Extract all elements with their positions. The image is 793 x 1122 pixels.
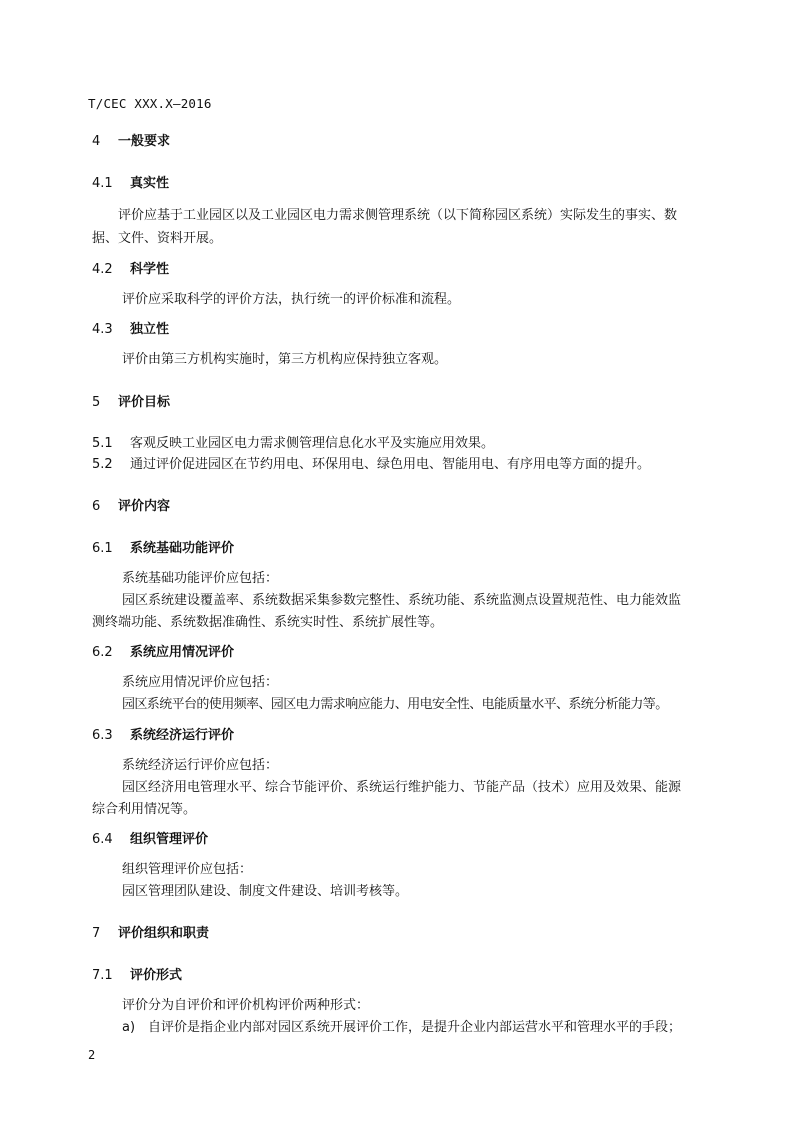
paragraph: 园区系统平台的使用频率、园区电力需求响应能力、用电安全性、电能质量水平、系统分析… <box>122 693 668 712</box>
section-6-3-heading: 6.3系统经济运行评价 <box>92 724 234 743</box>
page-number: 2 <box>88 1048 95 1062</box>
section-number: 6.4 <box>92 832 130 847</box>
paragraph-intro: 系统经济运行评价应包括： <box>122 754 278 773</box>
item-number: 5.2 <box>92 457 130 472</box>
section-6-4-heading: 6.4组织管理评价 <box>92 828 208 847</box>
section-7-heading: 7评价组织和职责 <box>92 922 209 941</box>
paragraph: 园区系统建设覆盖率、系统数据采集参数完整性、系统功能、系统监测点设置规范性、电力… <box>122 589 681 608</box>
section-title: 系统经济运行评价 <box>130 728 234 743</box>
section-5-heading: 5评价目标 <box>92 391 170 410</box>
section-number: 4.3 <box>92 322 130 337</box>
section-4-2-heading: 4.2科学性 <box>92 258 169 277</box>
paragraph-continuation: 综合利用情况等。 <box>92 798 196 817</box>
paragraph: 园区经济用电管理水平、综合节能评价、系统运行维护能力、节能产品（技术）应用及效果… <box>122 776 681 795</box>
paragraph-intro: 系统应用情况评价应包括： <box>122 671 278 690</box>
paragraph-intro: 系统基础功能评价应包括： <box>122 567 278 586</box>
section-number: 4 <box>92 134 118 149</box>
paragraph: 园区管理团队建设、制度文件建设、培训考核等。 <box>122 880 408 899</box>
paragraph-continuation: 据、文件、资料开展。 <box>92 227 222 246</box>
section-title: 评价目标 <box>118 395 170 410</box>
paragraph: 评价由第三方机构实施时，第三方机构应保持独立客观。 <box>122 348 447 367</box>
section-6-1-heading: 6.1系统基础功能评价 <box>92 537 234 556</box>
item-text: 通过评价促进园区在节约用电、环保用电、绿色用电、智能用电、有序用电等方面的提升。 <box>130 457 650 472</box>
list-item: a)自评价是指企业内部对园区系统开展评价工作，是提升企业内部运营水平和管理水平的… <box>122 1016 681 1035</box>
item-text: 客观反映工业园区电力需求侧管理信息化水平及实施应用效果。 <box>130 436 494 451</box>
paragraph-continuation: 测终端功能、系统数据准确性、系统实时性、系统扩展性等。 <box>92 611 443 630</box>
document-code: T/CEC XXX.X—2016 <box>88 96 212 111</box>
section-title: 评价组织和职责 <box>118 926 209 941</box>
section-number: 6 <box>92 499 118 514</box>
section-6-2-heading: 6.2系统应用情况评价 <box>92 641 234 660</box>
list-item: 5.2通过评价促进园区在节约用电、环保用电、绿色用电、智能用电、有序用电等方面的… <box>92 453 650 472</box>
paragraph: 评价应采取科学的评价方法，执行统一的评价标准和流程。 <box>122 288 460 307</box>
paragraph: 评价应基于工业园区以及工业园区电力需求侧管理系统（以下简称园区系统）实际发生的事… <box>118 204 677 223</box>
section-number: 4.2 <box>92 262 130 277</box>
list-marker: a) <box>122 1020 148 1035</box>
list-item: 5.1客观反映工业园区电力需求侧管理信息化水平及实施应用效果。 <box>92 432 494 451</box>
section-title: 评价内容 <box>118 499 170 514</box>
paragraph-intro: 组织管理评价应包括： <box>122 858 252 877</box>
section-4-heading: 4一般要求 <box>92 130 170 149</box>
section-title: 评价形式 <box>130 968 182 983</box>
section-number: 6.1 <box>92 541 130 556</box>
section-4-1-heading: 4.1真实性 <box>92 172 169 191</box>
section-number: 6.2 <box>92 645 130 660</box>
section-title: 独立性 <box>130 322 169 337</box>
section-6-heading: 6评价内容 <box>92 495 170 514</box>
section-number: 6.3 <box>92 728 130 743</box>
section-7-1-heading: 7.1评价形式 <box>92 964 182 983</box>
section-number: 5 <box>92 395 118 410</box>
section-title: 真实性 <box>130 176 169 191</box>
item-text: 自评价是指企业内部对园区系统开展评价工作，是提升企业内部运营水平和管理水平的手段… <box>148 1020 681 1035</box>
section-title: 组织管理评价 <box>130 832 208 847</box>
paragraph-intro: 评价分为自评价和评价机构评价两种形式： <box>122 994 369 1013</box>
section-title: 科学性 <box>130 262 169 277</box>
section-number: 7.1 <box>92 968 130 983</box>
section-number: 7 <box>92 926 118 941</box>
section-number: 4.1 <box>92 176 130 191</box>
item-number: 5.1 <box>92 436 130 451</box>
section-title: 一般要求 <box>118 134 170 149</box>
section-4-3-heading: 4.3独立性 <box>92 318 169 337</box>
section-title: 系统基础功能评价 <box>130 541 234 556</box>
section-title: 系统应用情况评价 <box>130 645 234 660</box>
